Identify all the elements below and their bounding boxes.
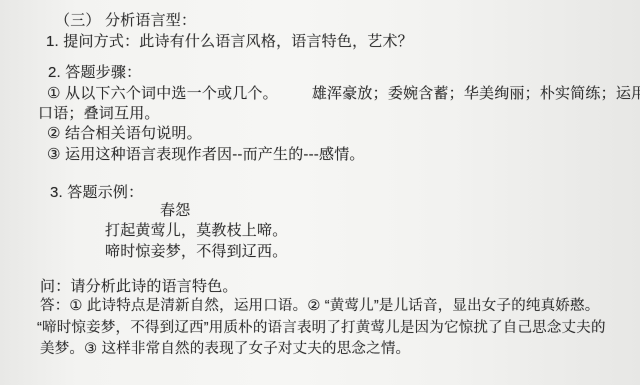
qa-answer-line-1: 答：① 此诗特点是清新自然，运用口语。② “黄莺儿”是儿话音，显出女子的纯真娇憨… [40, 298, 599, 315]
poem-line-2: 啼时惊妾梦，不得到辽西。 [105, 243, 287, 260]
steps-heading: 2. 答题步骤： [48, 64, 141, 81]
step3-line: ③ 运用这种语言表现作者因--而产生的---感情。 [47, 146, 365, 163]
step1-line: ① 从以下六个词中选一个或几个。雄浑豪放；委婉含蓄；华美绚丽；朴实简练；运用 [47, 85, 640, 102]
qa-answer-line-3: 美梦。③ 这样非常自然的表现了女子对丈夫的思念之情。 [40, 341, 410, 358]
question-method-line: 1. 提问方式：此诗有什么语言风格，语言特色，艺术？ [46, 33, 413, 50]
step1-continuation-line: 口语；叠词互用。 [38, 105, 160, 122]
qa-question-line: 问：请分析此诗的语言特色。 [40, 278, 238, 295]
document-page: （三） 分析语言型： 1. 提问方式：此诗有什么语言风格，语言特色，艺术？ 2.… [0, 0, 640, 385]
section-heading: （三） 分析语言型： [55, 12, 196, 29]
step1-choose-text: ① 从以下六个词中选一个或几个。 [47, 85, 278, 102]
poem-title: 春怨 [160, 202, 190, 219]
qa-answer-line-2: “啼时惊妾梦，不得到辽西”用质朴的语言表明了打黄莺儿是因为它惊扰了自己思念丈夫的 [37, 320, 606, 337]
step2-line: ② 结合相关语句说明。 [47, 125, 202, 142]
example-heading: 3. 答题示例： [50, 184, 143, 201]
step1-terms-text: 雄浑豪放；委婉含蓄；华美绚丽；朴实简练；运用 [312, 85, 640, 102]
poem-line-1: 打起黄莺儿，莫教枝上啼。 [105, 222, 287, 239]
